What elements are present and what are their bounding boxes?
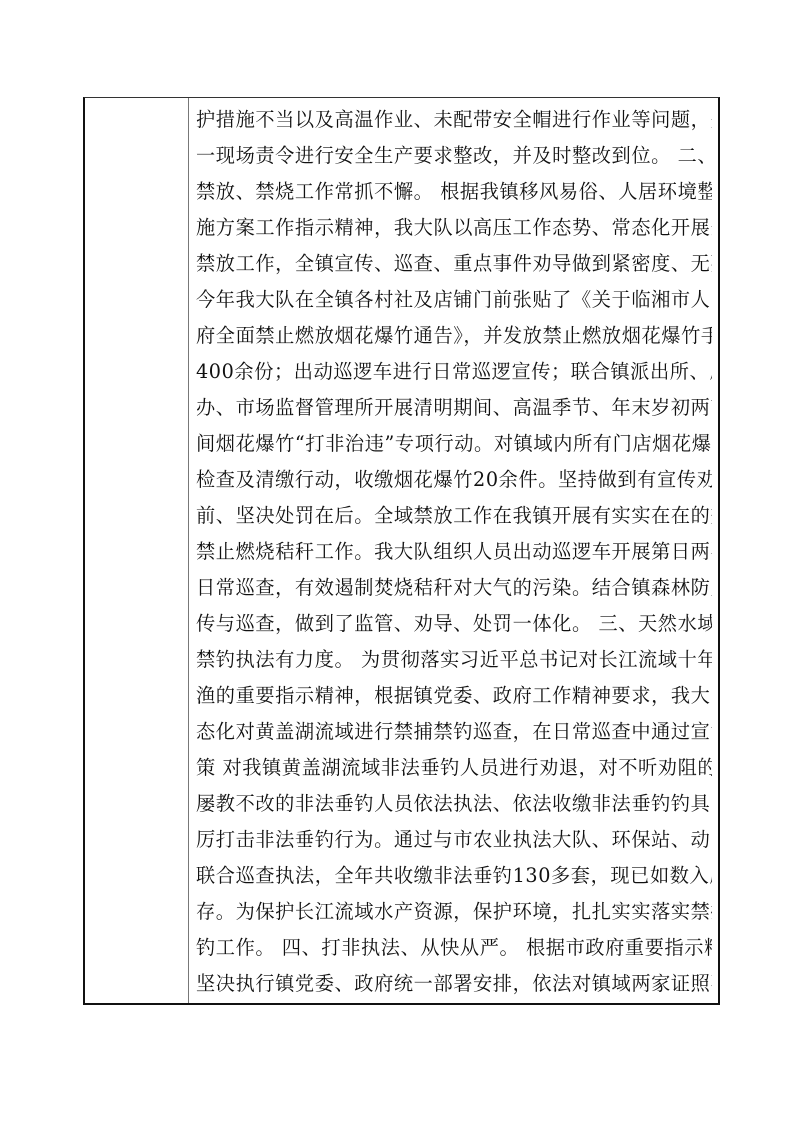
text-line: 联合巡查执法，全年共收缴非法垂钓130多套，现已如数入库保 bbox=[196, 858, 712, 894]
text-line: 传与巡查，做到了监管、劝导、处罚一体化。 三、天然水域禁捕 bbox=[196, 606, 712, 642]
content-cell: 护措施不当以及高温作业、未配带安全帽进行作业等问题，并一 一现场责令进行安全生产… bbox=[189, 98, 718, 1003]
text-line: 屡教不改的非法垂钓人员依法执法、依法收缴非法垂钓钓具，严 bbox=[196, 786, 712, 822]
text-line: 前、坚决处罚在后。全域禁放工作在我镇开展有实实在在的效果。 bbox=[196, 498, 712, 534]
text-line: 策 对我镇黄盖湖流域非法垂钓人员进行劝退，对不听劝阻的、 bbox=[196, 750, 712, 786]
text-line: 办、市场监督管理所开展清明期间、高温季节、年末岁初两节期 bbox=[196, 390, 712, 426]
text-line: 禁放工作，全镇宣传、巡查、重点事件劝导做到紧密度、无死角。 bbox=[196, 246, 712, 282]
text-line: 施方案工作指示精神，我大队以高压工作态势、常态化开展全域 bbox=[196, 210, 712, 246]
text-line: 府全面禁止燃放烟花爆竹通告》，并发放禁止燃放烟花爆竹手册 bbox=[196, 318, 712, 354]
text-line: 今年我大队在全镇各村社及店铺门前张贴了《关于临湘市人民政 bbox=[196, 282, 712, 318]
report-table: 护措施不当以及高温作业、未配带安全帽进行作业等问题，并一 一现场责令进行安全生产… bbox=[83, 97, 720, 1005]
text-line: 护措施不当以及高温作业、未配带安全帽进行作业等问题，并一 bbox=[196, 102, 712, 138]
text-line: 间烟花爆竹“打非治违”专项行动。对镇域内所有门店烟花爆竹 bbox=[196, 426, 712, 462]
text-line: 禁钓执法有力度。 为贯彻落实习近平总书记对长江流域十年禁 bbox=[196, 642, 712, 678]
document-page: 护措施不当以及高温作业、未配带安全帽进行作业等问题，并一 一现场责令进行安全生产… bbox=[0, 0, 794, 1122]
text-line: 存。为保护长江流域水产资源，保护环境，扎扎实实落实禁捕禁 bbox=[196, 894, 712, 930]
text-line: 禁止燃烧秸秆工作。我大队组织人员出动巡逻车开展第日两次的 bbox=[196, 534, 712, 570]
text-line: 钓工作。 四、打非执法、从快从严。 根据市政府重要指示精神， bbox=[196, 930, 712, 966]
text-line: 禁放、禁烧工作常抓不懈。 根据我镇移风易俗、人居环境整治实 bbox=[196, 174, 712, 210]
text-line: 一现场责令进行安全生产要求整改，并及时整改到位。 二、全域 bbox=[196, 138, 712, 174]
label-cell bbox=[85, 98, 189, 1003]
text-line: 态化对黄盖湖流域进行禁捕禁钓巡查，在日常巡查中通过宣讲政 bbox=[196, 714, 712, 750]
text-line: 400余份；出动巡逻车进行日常巡逻宣传；联合镇派出所、应急 bbox=[196, 354, 712, 390]
text-line: 检查及清缴行动，收缴烟花爆竹20余件。坚持做到有宣传劝导在 bbox=[196, 462, 712, 498]
text-line: 坚决执行镇党委、政府统一部署安排，依法对镇域两家证照不齐 bbox=[196, 966, 712, 1002]
text-line: 厉打击非法垂钓行为。通过与市农业执法大队、环保站、动防站 bbox=[196, 822, 712, 858]
text-line: 日常巡查，有效遏制焚烧秸秆对大气的污染。结合镇森林防火宣 bbox=[196, 570, 712, 606]
text-line: 渔的重要指示精神，根据镇党委、政府工作精神要求，我大队常 bbox=[196, 678, 712, 714]
